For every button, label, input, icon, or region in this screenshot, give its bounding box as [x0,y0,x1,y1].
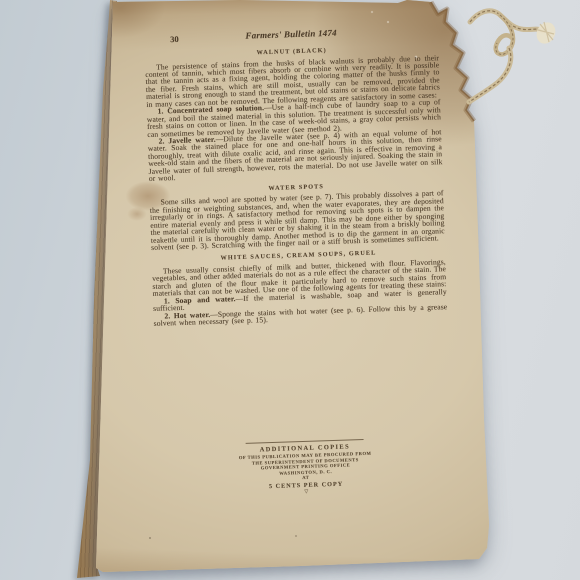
paragraph-walnut-method-2: 2. Javelle water.—Dilute the Javelle wat… [147,128,442,182]
bulletin-page: 30 Farmers' Bulletin 1474 WALNUT (BLACK)… [0,0,580,580]
running-title: Farmers' Bulletin 1474 [144,24,438,44]
printed-content: 30 Farmers' Bulletin 1474 WALNUT (BLACK)… [144,24,448,327]
page-header: 30 Farmers' Bulletin 1474 [144,24,438,47]
paragraph-water-spots: Some silks and wool are spotted by water… [149,189,445,251]
paper-shadow-wrapper: 30 Farmers' Bulletin 1474 WALNUT (BLACK)… [0,0,580,580]
photo-of-bulletin-page: 30 Farmers' Bulletin 1474 WALNUT (BLACK)… [0,0,580,580]
paragraph-text: Some silks and wool are spotted by water… [150,188,445,251]
colophon: ADDITIONAL COPIES OF THIS PUBLICATION MA… [188,437,424,499]
page-number: 30 [170,34,179,44]
